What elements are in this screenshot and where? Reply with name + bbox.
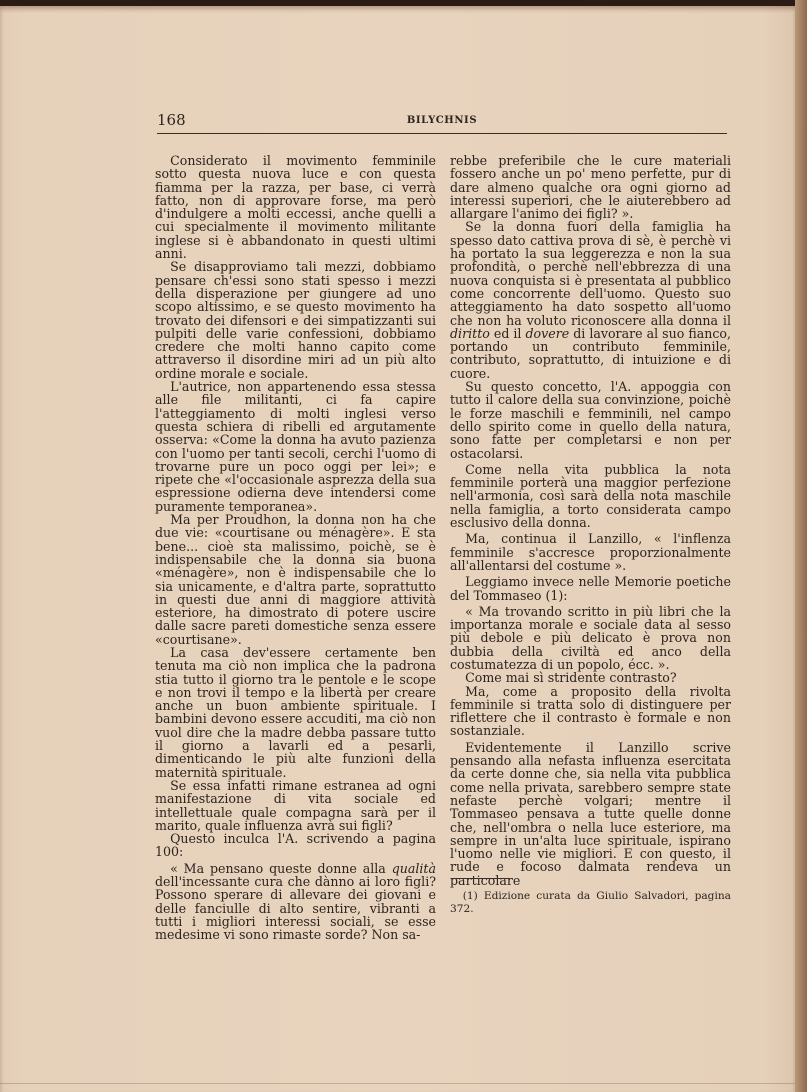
footnote: (1) Edizione curata da Giulio Salvadori,… (450, 890, 731, 916)
paragraph: Questo inculca l'A. scrivendo a pagina 1… (155, 832, 436, 859)
paper-sheet: 168 BILYCHNIS Considerato il movimento f… (0, 6, 796, 1092)
paragraph: Come nella vita pubblica la nota femmini… (450, 463, 731, 529)
paragraph: La casa dev'essere certamente ben tenuta… (155, 646, 436, 779)
next-page-edge (795, 0, 807, 1092)
quotation-paragraph: « Ma trovando scritto in più libri che l… (450, 605, 731, 671)
quote-text: dell'incessante cura che dànno ai loro f… (155, 874, 436, 942)
paragraph: Ma, continua il Lanzillo, « l'inflenza f… (450, 532, 731, 572)
paragraph: Se disapproviamo tali mezzi, dobbiamo pe… (155, 260, 436, 380)
running-header: 168 BILYCHNIS (157, 109, 727, 133)
footnote-rule (452, 878, 510, 879)
paragraph: Ma per Proudhon, la donna non ha che due… (155, 513, 436, 646)
text-run: Se la donna fuori della famiglia ha spes… (450, 219, 731, 327)
paragraph: Su questo concetto, l'A. appoggia con tu… (450, 380, 731, 460)
right-column: rebbe preferibile che le cure materiali … (450, 154, 731, 887)
header-rule (157, 133, 727, 134)
scanned-page: 168 BILYCHNIS Considerato il movimento f… (0, 0, 807, 1092)
paragraph: Se essa infatti rimane estranea ad ogni … (155, 779, 436, 832)
paragraph: Se la donna fuori della famiglia ha spes… (450, 220, 731, 380)
paragraph: Come mai sì stridente contrasto? (450, 671, 731, 684)
paragraph: L'autrice, non appartenendo essa stessa … (155, 380, 436, 513)
page-crease (0, 1083, 796, 1084)
paragraph-continued: rebbe preferibile che le cure materiali … (450, 154, 731, 220)
paragraph: Leggiamo invece nelle Memorie poetiche d… (450, 575, 731, 602)
paragraph: Considerato il movimento femminile sotto… (155, 154, 436, 260)
quotation-paragraph: « Ma pensano queste donne alla qualità d… (155, 862, 436, 942)
left-column: Considerato il movimento femminile sotto… (155, 154, 436, 942)
paragraph: Evidentemente il Lanzillo scrive pensand… (450, 741, 731, 887)
paragraph: Ma, come a proposito della rivolta femmi… (450, 685, 731, 738)
journal-title: BILYCHNIS (157, 115, 727, 126)
